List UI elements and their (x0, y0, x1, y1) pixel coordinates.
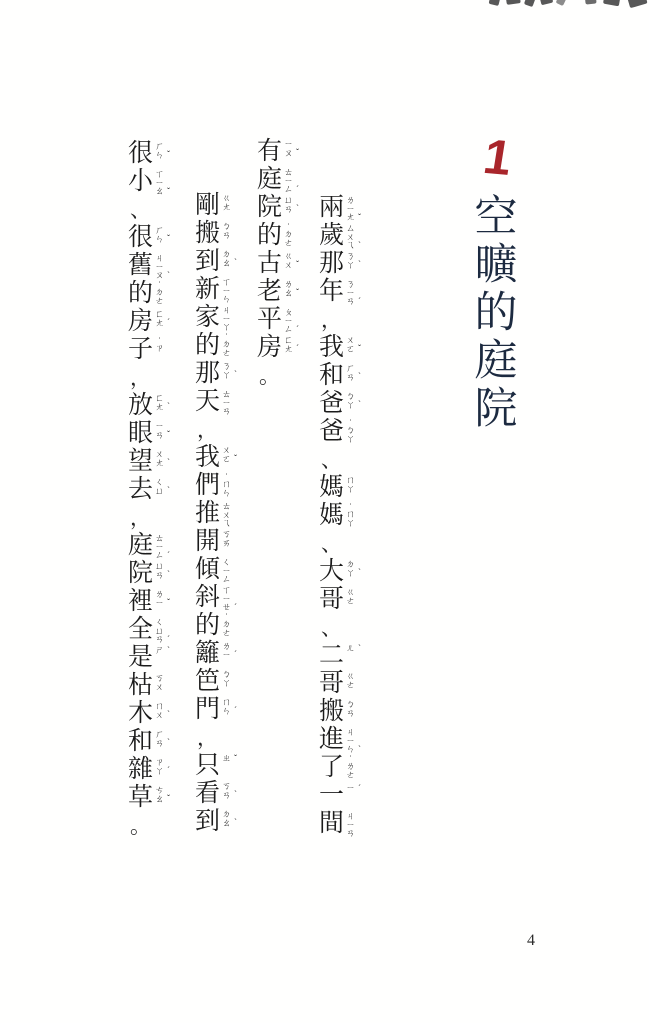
punctuation-cell: 、 (318, 530, 345, 558)
hanzi-character: 很 (127, 140, 154, 168)
char-cell: 歲ㄙㄨㄟˋ (318, 222, 345, 250)
char-cell: 全ㄑㄩㄢˊ (127, 616, 154, 644)
hanzi-character: 媽 (318, 474, 345, 502)
zhuyin-annotation: ㄙㄨㄟˋ (346, 224, 355, 250)
char-cell: 很ㄏㄣˇ (127, 140, 154, 168)
char-cell: 去ㄑㄩˋ (127, 476, 154, 504)
text-column-4: 很ㄏㄣˇ小ㄒㄧㄠˇ、很ㄏㄣˇ舊ㄐㄧㄡˋ的˙ㄉㄜ房ㄈㄤˊ子˙ㄗ，放ㄈㄤˋ眼ㄧㄢˇ望… (127, 140, 171, 840)
char-cell: 到ㄉㄠˋ (194, 248, 221, 276)
hanzi-character: 我 (318, 334, 345, 362)
punctuation: ， (194, 416, 221, 444)
char-cell: 那ㄋㄚˋ (318, 250, 345, 278)
zhuyin-annotation: ㄅㄢ (222, 222, 231, 239)
zhuyin-annotation: ㄏㄢˋ (155, 730, 164, 747)
char-cell: 大ㄉㄚˋ (318, 558, 345, 586)
char-cell: 年ㄋㄧㄢˊ (318, 278, 345, 306)
zhuyin-annotation: ㄊㄨㄟ (222, 502, 231, 528)
zhuyin-annotation: ㄑㄧㄥ (222, 558, 231, 584)
punctuation: 、 (318, 530, 345, 558)
punctuation: 、 (318, 446, 345, 474)
char-cell: 我ㄨㄛˇ (318, 334, 345, 362)
punctuation-cell: ， (194, 724, 221, 752)
zhuyin-annotation: ㄨㄛˇ (346, 336, 355, 353)
hanzi-character: 到 (194, 248, 221, 276)
char-cell: 和ㄏㄢˋ (318, 362, 345, 390)
char-cell: 木ㄇㄨˋ (127, 700, 154, 728)
hanzi-character: 傾 (194, 556, 221, 584)
zhuyin-annotation: ㄐㄧㄢ (346, 812, 355, 838)
hanzi-character: 我 (194, 444, 221, 472)
zhuyin-annotation: ㄏㄢˋ (346, 364, 355, 381)
zhuyin-annotation: ㄒㄧㄣ (222, 278, 231, 304)
zhuyin-annotation: ㄇㄚ (346, 476, 355, 493)
char-cell: 到ㄉㄠˋ (194, 808, 221, 836)
zhuyin-annotation: ㄓˇ (222, 754, 231, 763)
punctuation: ， (127, 364, 154, 392)
zhuyin-annotation: ㄐㄧㄣˋ (346, 728, 355, 754)
zhuyin-annotation: ㄋㄚˋ (222, 362, 231, 379)
char-cell: 的˙ㄉㄜ (194, 332, 221, 360)
hanzi-character: 間 (318, 810, 345, 838)
char-cell: 是ㄕˋ (127, 644, 154, 672)
char-cell: 二ㄦˋ (318, 642, 345, 670)
hanzi-character: 笆 (194, 668, 221, 696)
char-cell: 房ㄈㄤˊ (256, 334, 283, 362)
char-cell: 看ㄎㄢˋ (194, 780, 221, 808)
char-cell: 院ㄩㄢˋ (127, 560, 154, 588)
char-cell: 的˙ㄉㄜ (127, 280, 154, 308)
char-cell: 老ㄌㄠˇ (256, 278, 283, 306)
char-cell: 爸ㄅㄚˋ (318, 390, 345, 418)
punctuation-cell: 。 (256, 362, 283, 390)
zhuyin-annotation: ˙ㄇㄚ (346, 504, 355, 527)
punctuation-cell: ， (127, 364, 154, 392)
punctuation: ， (127, 504, 154, 532)
hanzi-character: 舊 (127, 252, 154, 280)
zhuyin-annotation: ㄌㄧˊ (222, 642, 231, 659)
chapter-title: 空曠的庭院 (469, 193, 515, 433)
hanzi-character: 是 (127, 644, 154, 672)
hanzi-character: 枯 (127, 672, 154, 700)
hanzi-character: 剛 (194, 192, 221, 220)
punctuation-cell: 。 (127, 812, 154, 840)
book-page: 1 空曠的庭院 兩ㄌㄧㄤˇ歲ㄙㄨㄟˋ那ㄋㄚˋ年ㄋㄧㄢˊ，我ㄨㄛˇ和ㄏㄢˋ爸ㄅㄚˋ… (0, 0, 649, 1023)
char-cell: 眼ㄧㄢˇ (127, 420, 154, 448)
hanzi-character: 平 (256, 306, 283, 334)
char-cell: 的˙ㄉㄜ (194, 612, 221, 640)
hanzi-character: 草 (127, 784, 154, 812)
char-cell: 哥ㄍㄜ (318, 670, 345, 698)
punctuation-cell: ， (127, 504, 154, 532)
hanzi-character: 爸 (318, 390, 345, 418)
hanzi-character: 的 (194, 612, 221, 640)
zhuyin-annotation: ㄨㄛˇ (222, 446, 231, 463)
zhuyin-annotation: ˙ㄉㄜ (155, 282, 164, 305)
char-cell: 雜ㄗㄚˊ (127, 756, 154, 784)
char-cell: 籬ㄌㄧˊ (194, 640, 221, 668)
hanzi-character: 那 (194, 360, 221, 388)
zhuyin-annotation: ˙ㄗ (155, 338, 164, 353)
zhuyin-annotation: ㄘㄠˇ (155, 786, 164, 803)
zhuyin-annotation: ㄉㄚˋ (346, 560, 355, 577)
punctuation: 、 (127, 196, 154, 224)
char-cell: 庭ㄊㄧㄥˊ (127, 532, 154, 560)
zhuyin-annotation: ㄒㄧㄠˇ (155, 170, 164, 196)
hanzi-character: 子 (127, 336, 154, 364)
char-cell: 裡ㄌㄧˇ (127, 588, 154, 616)
hanzi-character: 哥 (318, 586, 345, 614)
hanzi-character: 門 (194, 696, 221, 724)
hanzi-character: 和 (127, 728, 154, 756)
hanzi-character: 全 (127, 616, 154, 644)
hanzi-character: 搬 (318, 698, 345, 726)
page-edge-artifact (488, 0, 649, 11)
zhuyin-annotation: ㄍㄨˇ (284, 252, 293, 269)
zhuyin-annotation: ㄏㄣˇ (155, 142, 164, 159)
punctuation-cell: 、 (318, 614, 345, 642)
hanzi-character: 到 (194, 808, 221, 836)
hanzi-character: 一 (318, 782, 345, 810)
char-cell: 進ㄐㄧㄣˋ (318, 726, 345, 754)
zhuyin-annotation: ㄇㄣˊ (222, 698, 231, 715)
text-column-3: 剛ㄍㄤ搬ㄅㄢ到ㄉㄠˋ新ㄒㄧㄣ家ㄐㄧㄚ的˙ㄉㄜ那ㄋㄚˋ天ㄊㄧㄢ，我ㄨㄛˇ們˙ㄇㄣ推… (194, 192, 238, 836)
char-cell: 放ㄈㄤˋ (127, 392, 154, 420)
char-cell: 平ㄆㄧㄥˊ (256, 306, 283, 334)
char-cell: 古ㄍㄨˇ (256, 250, 283, 278)
char-cell: 房ㄈㄤˊ (127, 308, 154, 336)
zhuyin-annotation: ˙ㄌㄜ (346, 756, 355, 779)
zhuyin-annotation: ㄅㄚˋ (346, 392, 355, 409)
text-column-1: 兩ㄌㄧㄤˇ歲ㄙㄨㄟˋ那ㄋㄚˋ年ㄋㄧㄢˊ，我ㄨㄛˇ和ㄏㄢˋ爸ㄅㄚˋ爸˙ㄅㄚ、媽ㄇㄚ… (318, 194, 362, 838)
hanzi-character: 推 (194, 500, 221, 528)
hanzi-character: 很 (127, 224, 154, 252)
zhuyin-annotation: ㄕˋ (155, 646, 164, 655)
hanzi-character: 望 (127, 448, 154, 476)
zhuyin-annotation: ㄆㄧㄥˊ (284, 308, 293, 334)
zhuyin-annotation: ˙ㄉㄜ (222, 334, 231, 357)
zhuyin-annotation: ㄍㄜ (346, 672, 355, 689)
char-cell: 剛ㄍㄤ (194, 192, 221, 220)
hanzi-character: 看 (194, 780, 221, 808)
char-cell: 兩ㄌㄧㄤˇ (318, 194, 345, 222)
zhuyin-annotation: ㄐㄧㄡˋ (155, 254, 164, 280)
hanzi-character: 了 (318, 754, 345, 782)
zhuyin-annotation: ㄗㄚˊ (155, 758, 164, 775)
hanzi-character: 媽 (318, 502, 345, 530)
zhuyin-annotation: ㄅㄚ (222, 670, 231, 687)
char-cell: 搬ㄅㄢ (194, 220, 221, 248)
char-cell: 推ㄊㄨㄟ (194, 500, 221, 528)
punctuation-cell: 、 (318, 446, 345, 474)
zhuyin-annotation: ˙ㄉㄜ (284, 224, 293, 247)
zhuyin-annotation: ㄌㄧˇ (155, 590, 164, 607)
hanzi-character: 古 (256, 250, 283, 278)
zhuyin-annotation: ㄊㄧㄥˊ (155, 534, 164, 560)
zhuyin-annotation: ㄩㄢˋ (155, 562, 164, 579)
char-cell: 新ㄒㄧㄣ (194, 276, 221, 304)
hanzi-character: 二 (318, 642, 345, 670)
hanzi-character: 房 (256, 334, 283, 362)
hanzi-character: 籬 (194, 640, 221, 668)
hanzi-character: 斜 (194, 584, 221, 612)
hanzi-character: 木 (127, 700, 154, 728)
hanzi-character: 的 (194, 332, 221, 360)
hanzi-character: 有 (256, 138, 283, 166)
char-cell: 斜ㄒㄧㄝˊ (194, 584, 221, 612)
char-cell: 了˙ㄌㄜ (318, 754, 345, 782)
char-cell: 哥ㄍㄜ (318, 586, 345, 614)
char-cell: 門ㄇㄣˊ (194, 696, 221, 724)
char-cell: 們˙ㄇㄣ (194, 472, 221, 500)
zhuyin-annotation: ㄧˊ (346, 784, 355, 793)
zhuyin-annotation: ㄈㄤˊ (284, 336, 293, 353)
zhuyin-annotation: ˙ㄉㄜ (222, 614, 231, 637)
hanzi-character: 雜 (127, 756, 154, 784)
hanzi-character: 兩 (318, 194, 345, 222)
char-cell: 小ㄒㄧㄠˇ (127, 168, 154, 196)
hanzi-character: 哥 (318, 670, 345, 698)
zhuyin-annotation: ㄑㄩˋ (155, 478, 164, 495)
char-cell: 庭ㄊㄧㄥˊ (256, 166, 283, 194)
zhuyin-annotation: ˙ㄅㄚ (346, 420, 355, 443)
zhuyin-annotation: ㄧㄡˇ (284, 140, 293, 157)
zhuyin-annotation: ㄎㄢˋ (222, 782, 231, 799)
char-cell: 和ㄏㄢˋ (127, 728, 154, 756)
char-cell: 爸˙ㄅㄚ (318, 418, 345, 446)
hanzi-character: 房 (127, 308, 154, 336)
char-cell: 傾ㄑㄧㄥ (194, 556, 221, 584)
char-cell: 開ㄎㄞ (194, 528, 221, 556)
zhuyin-annotation: ㄇㄨˋ (155, 702, 164, 719)
zhuyin-annotation: ㄐㄧㄚ (222, 306, 231, 332)
char-cell: 笆ㄅㄚ (194, 668, 221, 696)
hanzi-character: 那 (318, 250, 345, 278)
punctuation: ， (318, 306, 345, 334)
zhuyin-annotation: ㄧㄢˇ (155, 422, 164, 439)
zhuyin-annotation: ㄉㄠˋ (222, 250, 231, 267)
zhuyin-annotation: ㄋㄧㄢˊ (346, 280, 355, 306)
zhuyin-annotation: ㄨㄤˋ (155, 450, 164, 467)
char-cell: 子˙ㄗ (127, 336, 154, 364)
zhuyin-annotation: ㄊㄧㄢ (222, 390, 231, 416)
char-cell: 的˙ㄉㄜ (256, 222, 283, 250)
char-cell: 媽˙ㄇㄚ (318, 502, 345, 530)
hanzi-character: 放 (127, 392, 154, 420)
page-number: 4 (527, 933, 535, 949)
hanzi-character: 們 (194, 472, 221, 500)
hanzi-character: 家 (194, 304, 221, 332)
hanzi-character: 新 (194, 276, 221, 304)
hanzi-character: 庭 (256, 166, 283, 194)
punctuation: 。 (127, 812, 154, 840)
zhuyin-annotation: ㄦˋ (346, 644, 355, 653)
zhuyin-annotation: ㄩㄢˋ (284, 196, 293, 213)
hanzi-character: 的 (127, 280, 154, 308)
zhuyin-annotation: ㄈㄤˊ (155, 310, 164, 327)
punctuation: ， (194, 724, 221, 752)
punctuation-cell: 、 (127, 196, 154, 224)
zhuyin-annotation: ㄑㄩㄢˊ (155, 618, 164, 644)
char-cell: 搬ㄅㄢ (318, 698, 345, 726)
hanzi-character: 院 (256, 194, 283, 222)
hanzi-character: 天 (194, 388, 221, 416)
zhuyin-annotation: ㄒㄧㄝˊ (222, 586, 231, 612)
hanzi-character: 老 (256, 278, 283, 306)
zhuyin-annotation: ˙ㄇㄣ (222, 474, 231, 497)
hanzi-character: 爸 (318, 418, 345, 446)
hanzi-character: 和 (318, 362, 345, 390)
char-cell: 很ㄏㄣˇ (127, 224, 154, 252)
char-cell: 院ㄩㄢˋ (256, 194, 283, 222)
zhuyin-annotation: ㄍㄜ (346, 588, 355, 605)
char-cell: 天ㄊㄧㄢ (194, 388, 221, 416)
zhuyin-annotation: ㄎㄨ (155, 674, 164, 691)
zhuyin-annotation: ㄎㄞ (222, 530, 231, 547)
hanzi-character: 裡 (127, 588, 154, 616)
zhuyin-annotation: ㄊㄧㄥˊ (284, 168, 293, 194)
char-cell: 家ㄐㄧㄚ (194, 304, 221, 332)
zhuyin-annotation: ㄋㄚˋ (346, 252, 355, 269)
hanzi-character: 院 (127, 560, 154, 588)
hanzi-character: 只 (194, 752, 221, 780)
punctuation: 、 (318, 614, 345, 642)
chapter-number: 1 (480, 133, 515, 184)
zhuyin-annotation: ㄉㄠˋ (222, 810, 231, 827)
text-column-2: 有ㄧㄡˇ庭ㄊㄧㄥˊ院ㄩㄢˋ的˙ㄉㄜ古ㄍㄨˇ老ㄌㄠˇ平ㄆㄧㄥˊ房ㄈㄤˊ。 (256, 138, 300, 390)
hanzi-character: 歲 (318, 222, 345, 250)
hanzi-character: 開 (194, 528, 221, 556)
hanzi-character: 搬 (194, 220, 221, 248)
char-cell: 媽ㄇㄚ (318, 474, 345, 502)
zhuyin-annotation: ㄌㄠˇ (284, 280, 293, 297)
hanzi-character: 眼 (127, 420, 154, 448)
zhuyin-annotation: ㄈㄤˋ (155, 394, 164, 411)
hanzi-character: 年 (318, 278, 345, 306)
hanzi-character: 進 (318, 726, 345, 754)
zhuyin-annotation: ㄏㄣˇ (155, 226, 164, 243)
hanzi-character: 小 (127, 168, 154, 196)
char-cell: 有ㄧㄡˇ (256, 138, 283, 166)
zhuyin-annotation: ㄅㄢ (346, 700, 355, 717)
hanzi-character: 庭 (127, 532, 154, 560)
hanzi-character: 的 (256, 222, 283, 250)
char-cell: 舊ㄐㄧㄡˋ (127, 252, 154, 280)
char-cell: 枯ㄎㄨ (127, 672, 154, 700)
char-cell: 一ㄧˊ (318, 782, 345, 810)
hanzi-character: 大 (318, 558, 345, 586)
zhuyin-annotation: ㄍㄤ (222, 194, 231, 211)
char-cell: 只ㄓˇ (194, 752, 221, 780)
char-cell: 望ㄨㄤˋ (127, 448, 154, 476)
zhuyin-annotation: ㄌㄧㄤˇ (346, 196, 355, 222)
hanzi-character: 去 (127, 476, 154, 504)
punctuation: 。 (256, 362, 283, 390)
char-cell: 間ㄐㄧㄢ (318, 810, 345, 838)
punctuation-cell: ， (194, 416, 221, 444)
char-cell: 我ㄨㄛˇ (194, 444, 221, 472)
punctuation-cell: ， (318, 306, 345, 334)
char-cell: 草ㄘㄠˇ (127, 784, 154, 812)
char-cell: 那ㄋㄚˋ (194, 360, 221, 388)
